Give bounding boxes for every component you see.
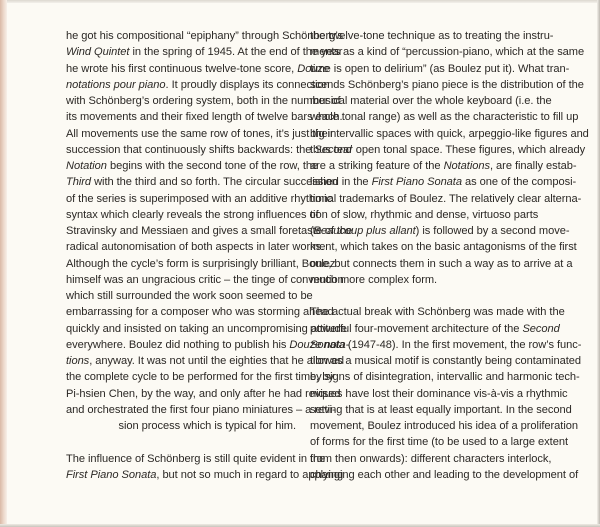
text-segment: The influence of Schönberg is still quit… bbox=[66, 453, 325, 465]
text-segment: he wrote his first continuous twelve-ton… bbox=[66, 63, 297, 75]
text-line: thus tear open tonal space. These figure… bbox=[310, 142, 550, 158]
italic-title: Second bbox=[522, 323, 559, 335]
text-segment: himself was an ungracious critic – the t… bbox=[66, 274, 344, 286]
text-segment: whole tonal range) as well as the charac… bbox=[310, 111, 578, 123]
text-line: tion of slow, rhythmic and dense, virtuo… bbox=[310, 207, 550, 223]
italic-title: Sonata bbox=[310, 339, 345, 351]
text-line: of forms for the first time (to be used … bbox=[310, 434, 550, 450]
text-line: by signs of disintegration, intervallic … bbox=[310, 369, 550, 385]
text-line: All movements use the same row of tones,… bbox=[66, 126, 296, 142]
text-segment: setting that is at least equally importa… bbox=[310, 404, 572, 416]
text-segment: he got his compositional “epiphany” thro… bbox=[66, 30, 343, 42]
italic-title: Notation bbox=[66, 160, 107, 172]
text-segment: , anyway. It was not until the eighties … bbox=[89, 355, 344, 367]
text-line: and orchestrated the first four piano mi… bbox=[66, 402, 296, 418]
text-line: notations pour piano. It proudly display… bbox=[66, 77, 296, 93]
text-line: of the series is superimposed with an ad… bbox=[66, 191, 296, 207]
text-segment: quickly and insisted on taking an uncomp… bbox=[66, 323, 347, 335]
text-line: its movements and their fixed length of … bbox=[66, 109, 296, 125]
text-line: Stravinsky and Messiaen and gives a smal… bbox=[66, 223, 296, 239]
text-line: First Piano Sonata, but not so much in r… bbox=[66, 467, 296, 483]
text-line: big intervallic spaces with quick, arpeg… bbox=[310, 126, 550, 142]
text-segment: tional trademarks of Boulez. The relativ… bbox=[310, 193, 581, 205]
text-segment: embarrassing for a composer who was stor… bbox=[66, 306, 334, 318]
italic-title: Wind Quintet bbox=[66, 46, 129, 58]
text-segment: The actual break with Schönberg was made… bbox=[310, 306, 565, 318]
text-line: one, but connects them in such a way as … bbox=[310, 256, 550, 272]
text-segment: time is open to delirium” (as Boulez put… bbox=[310, 63, 569, 75]
text-line: from then onwards): different characters… bbox=[310, 451, 550, 467]
text-segment: changing each other and leading to the d… bbox=[310, 469, 578, 481]
text-segment: tion as a musical motif is constantly be… bbox=[310, 355, 581, 367]
paragraph-gap bbox=[310, 288, 550, 304]
italic-title: notations pour piano bbox=[66, 79, 166, 91]
text-line: tion as a musical motif is constantly be… bbox=[310, 353, 550, 369]
text-line: quickly and insisted on taking an uncomp… bbox=[66, 321, 296, 337]
right-paragraph-2: The actual break with Schönberg was made… bbox=[310, 304, 550, 483]
text-line: scends Schönberg’s piano piece is the di… bbox=[310, 77, 550, 93]
text-line: The actual break with Schönberg was made… bbox=[310, 304, 550, 320]
booklet-spread: he got his compositional “epiphany” thro… bbox=[0, 0, 600, 527]
text-segment: of the series is superimposed with an ad… bbox=[66, 193, 332, 205]
text-segment: (1947-48). In the first movement, the ro… bbox=[345, 339, 582, 351]
italic-title: First Piano Sonata bbox=[66, 469, 156, 481]
text-segment: by signs of disintegration, intervallic … bbox=[310, 371, 580, 383]
text-line: Although the cycle’s form is surprisingl… bbox=[66, 256, 296, 272]
text-segment: begins with the second tone of the row, … bbox=[107, 160, 318, 172]
text-segment: and orchestrated the first four piano mi… bbox=[66, 404, 336, 416]
text-segment: lished in the bbox=[310, 176, 372, 188]
text-line: syntax which clearly reveals the strong … bbox=[66, 207, 296, 223]
text-segment: powerful four-movement architecture of t… bbox=[310, 323, 522, 335]
text-line: radical autonomisation of both aspects i… bbox=[66, 239, 296, 255]
italic-title: tions bbox=[66, 355, 89, 367]
italic-title: Third bbox=[66, 176, 91, 188]
text-segment: with the third and so forth. The circula… bbox=[91, 176, 338, 188]
text-segment: the complete cycle to be performed for t… bbox=[66, 371, 334, 383]
text-line: succession that continuously shifts back… bbox=[66, 142, 296, 158]
text-line: much more complex form. bbox=[310, 272, 550, 288]
text-line: niques have lost their dominance vis-à-v… bbox=[310, 386, 550, 402]
text-line: Wind Quintet in the spring of 1945. At t… bbox=[66, 44, 296, 60]
right-page-column: the twelve-tone technique as to treating… bbox=[310, 28, 550, 483]
text-line: ment, which takes on the basic antagonis… bbox=[310, 239, 550, 255]
paragraph-gap bbox=[66, 434, 296, 450]
text-line: time is open to delirium” (as Boulez put… bbox=[310, 61, 550, 77]
text-line: are a striking feature of the Notations,… bbox=[310, 158, 550, 174]
text-segment: ) is followed by a second move- bbox=[416, 225, 570, 237]
text-line: sion process which is typical for him. bbox=[66, 418, 296, 434]
text-segment: syntax which clearly reveals the strong … bbox=[66, 209, 319, 221]
text-segment: are a striking feature of the bbox=[310, 160, 444, 172]
text-line: ments as a kind of “percussion-piano, wh… bbox=[310, 44, 550, 60]
text-segment: Pi-hsien Chen, by the way, and only afte… bbox=[66, 388, 341, 400]
text-line: powerful four-movement architecture of t… bbox=[310, 321, 550, 337]
italic-title: Beaucoup plus allant bbox=[314, 225, 416, 237]
text-segment: , are finally estab- bbox=[490, 160, 577, 172]
left-paragraph-1: he got his compositional “epiphany” thro… bbox=[66, 28, 296, 434]
text-line: the twelve-tone technique as to treating… bbox=[310, 28, 550, 44]
text-segment: its movements and their fixed length of … bbox=[66, 111, 343, 123]
text-segment: sion process which is typical for him. bbox=[118, 420, 296, 432]
text-line: Notation begins with the second tone of … bbox=[66, 158, 296, 174]
text-segment: radical autonomisation of both aspects i… bbox=[66, 241, 324, 253]
text-line: movement, Boulez introduced his idea of … bbox=[310, 418, 550, 434]
text-segment: niques have lost their dominance vis-à-v… bbox=[310, 388, 568, 400]
text-segment: thus tear open tonal space. These figure… bbox=[310, 144, 585, 156]
text-segment: big intervallic spaces with quick, arpeg… bbox=[310, 128, 589, 140]
text-line: Third with the third and so forth. The c… bbox=[66, 174, 296, 190]
text-segment: All movements use the same row of tones,… bbox=[66, 128, 334, 140]
text-segment: musical material over the whole keyboard… bbox=[310, 95, 552, 107]
italic-title: Notations bbox=[444, 160, 490, 172]
text-line: he wrote his first continuous twelve-ton… bbox=[66, 61, 296, 77]
text-segment: scends Schönberg’s piano piece is the di… bbox=[310, 79, 584, 91]
text-line: Sonata (1947-48). In the first movement,… bbox=[310, 337, 550, 353]
scan-left-edge bbox=[0, 0, 7, 527]
text-line: tions, anyway. It was not until the eigh… bbox=[66, 353, 296, 369]
text-segment: everywhere. Boulez did nothing to publis… bbox=[66, 339, 289, 351]
text-line: Pi-hsien Chen, by the way, and only afte… bbox=[66, 386, 296, 402]
italic-title: First Piano Sonata bbox=[372, 176, 462, 188]
text-line: the complete cycle to be performed for t… bbox=[66, 369, 296, 385]
text-line: whole tonal range) as well as the charac… bbox=[310, 109, 550, 125]
text-line: tional trademarks of Boulez. The relativ… bbox=[310, 191, 550, 207]
scan-top-edge bbox=[0, 0, 600, 3]
text-segment: succession that continuously shifts back… bbox=[66, 144, 314, 156]
text-segment: as one of the composi- bbox=[462, 176, 576, 188]
text-segment: which still surrounded the work soon see… bbox=[66, 290, 313, 302]
text-line: setting that is at least equally importa… bbox=[310, 402, 550, 418]
text-segment: . It proudly displays its connection bbox=[166, 79, 330, 91]
right-paragraph-1: the twelve-tone technique as to treating… bbox=[310, 28, 550, 288]
text-line: everywhere. Boulez did nothing to publis… bbox=[66, 337, 296, 353]
text-line: lished in the First Piano Sonata as one … bbox=[310, 174, 550, 190]
text-segment: Although the cycle’s form is surprisingl… bbox=[66, 258, 335, 270]
text-segment: much more complex form. bbox=[310, 274, 437, 286]
text-segment: with Schönberg’s ordering system, both i… bbox=[66, 95, 341, 107]
left-page-column: he got his compositional “epiphany” thro… bbox=[66, 28, 296, 483]
text-segment: tion of slow, rhythmic and dense, virtuo… bbox=[310, 209, 538, 221]
text-line: The influence of Schönberg is still quit… bbox=[66, 451, 296, 467]
text-segment: ment, which takes on the basic antagonis… bbox=[310, 241, 577, 253]
text-line: he got his compositional “epiphany” thro… bbox=[66, 28, 296, 44]
text-line: which still surrounded the work soon see… bbox=[66, 288, 296, 304]
text-segment: from then onwards): different characters… bbox=[310, 453, 551, 465]
text-segment: one, but connects them in such a way as … bbox=[310, 258, 572, 270]
text-line: with Schönberg’s ordering system, both i… bbox=[66, 93, 296, 109]
text-line: embarrassing for a composer who was stor… bbox=[66, 304, 296, 320]
text-segment: ments as a kind of “percussion-piano, wh… bbox=[310, 46, 584, 58]
left-paragraph-2: The influence of Schönberg is still quit… bbox=[66, 451, 296, 484]
text-segment: movement, Boulez introduced his idea of … bbox=[310, 420, 578, 432]
text-line: changing each other and leading to the d… bbox=[310, 467, 550, 483]
text-line: himself was an ungracious critic – the t… bbox=[66, 272, 296, 288]
text-line: (Beaucoup plus allant) is followed by a … bbox=[310, 223, 550, 239]
text-line: musical material over the whole keyboard… bbox=[310, 93, 550, 109]
text-segment: of forms for the first time (to be used … bbox=[310, 436, 568, 448]
text-segment: the twelve-tone technique as to treating… bbox=[310, 30, 553, 42]
